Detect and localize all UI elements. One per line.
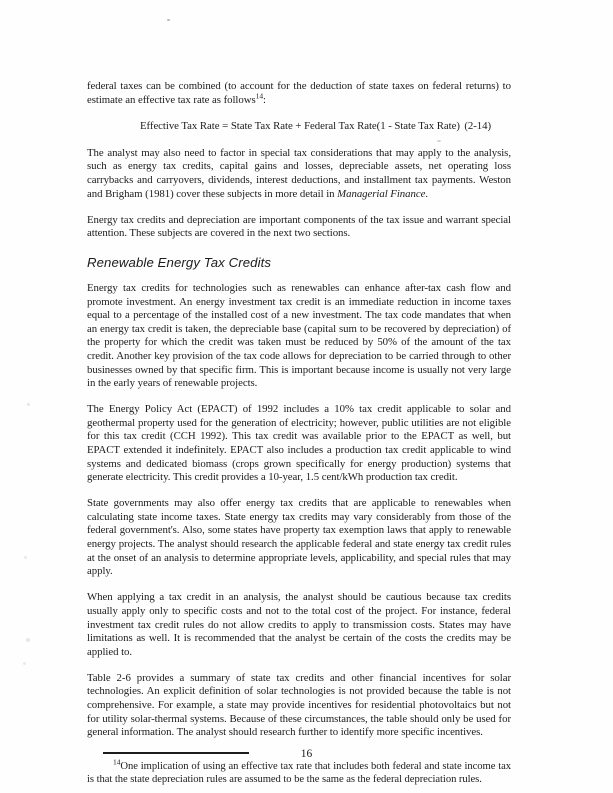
- page-body: federal taxes can be combined (to accoun…: [87, 80, 511, 786]
- scan-artifact: [27, 403, 30, 406]
- scan-artifact: [26, 638, 30, 642]
- special-tax-suffix: .: [425, 188, 428, 200]
- paragraph-special-tax: The analyst may also need to factor in s…: [87, 147, 511, 201]
- paragraph-epact: The Energy Policy Act (EPACT) of 1992 in…: [87, 403, 511, 485]
- equation-2-14: Effective Tax Rate = State Tax Rate + Fe…: [87, 120, 511, 134]
- scan-artifact: [24, 556, 27, 559]
- footnote-reference: 14: [256, 91, 263, 100]
- special-tax-text: The analyst may also need to factor in s…: [87, 147, 511, 200]
- scan-artifact: [167, 19, 170, 21]
- document-page: federal taxes can be combined (to accoun…: [0, 0, 613, 793]
- page-number: 16: [0, 748, 613, 760]
- paragraph-caution: When applying a tax credit in an analysi…: [87, 591, 511, 659]
- book-title: Managerial Finance: [337, 188, 425, 200]
- paragraph-state-credits: State governments may also offer energy …: [87, 497, 511, 579]
- scan-artifact: [23, 662, 26, 665]
- paragraph-energy-tax-credits: Energy tax credits for technologies such…: [87, 282, 511, 391]
- intro-suffix: :: [263, 94, 266, 106]
- paragraph-table-2-6: Table 2-6 provides a summary of state ta…: [87, 672, 511, 740]
- paragraph-intro: federal taxes can be combined (to accoun…: [87, 80, 511, 107]
- footnote-text: 14One implication of using an effective …: [87, 760, 511, 786]
- equation-number: (2-14): [464, 120, 491, 134]
- equation-body: Effective Tax Rate = State Tax Rate + Fe…: [140, 120, 460, 134]
- paragraph-importance: Energy tax credits and depreciation are …: [87, 214, 511, 241]
- footnote-body: One implication of using an effective ta…: [87, 761, 511, 785]
- intro-text: federal taxes can be combined (to accoun…: [87, 80, 511, 106]
- section-heading-renewable-energy-tax-credits: Renewable Energy Tax Credits: [87, 256, 511, 270]
